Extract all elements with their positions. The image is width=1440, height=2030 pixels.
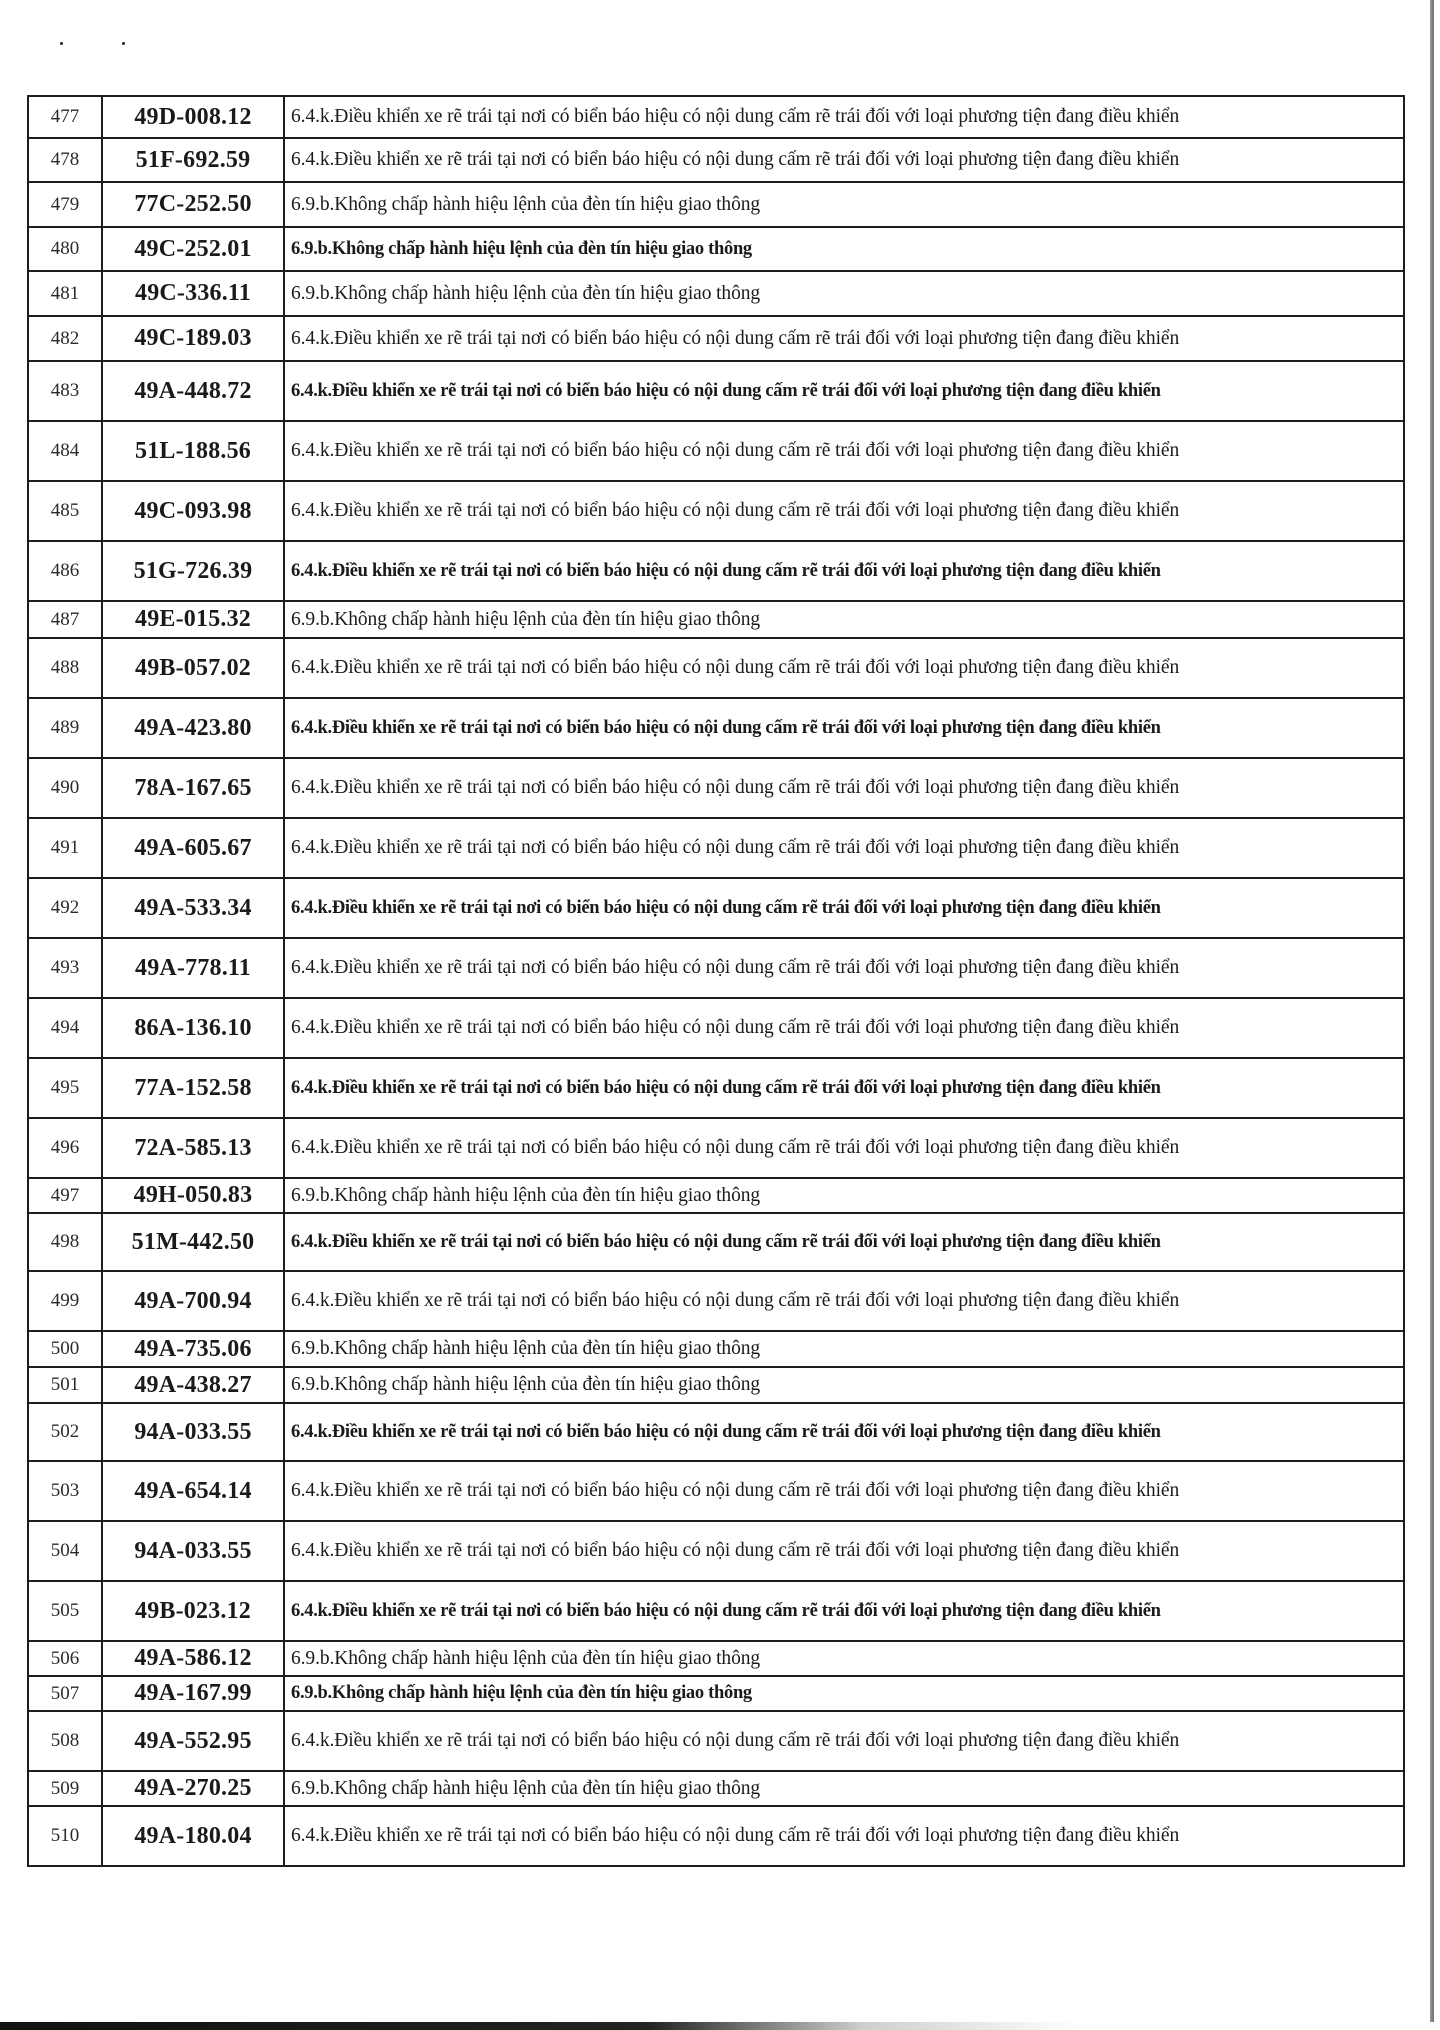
license-plate: 49A-448.72 [102, 361, 284, 421]
license-plate: 51L-188.56 [102, 421, 284, 481]
row-index: 485 [28, 481, 102, 541]
row-index: 488 [28, 638, 102, 698]
violation-description: 6.4.k.Điều khiển xe rẽ trái tại nơi có b… [284, 1118, 1404, 1178]
violation-description: 6.4.k.Điều khiển xe rẽ trái tại nơi có b… [284, 138, 1404, 182]
row-index: 478 [28, 138, 102, 182]
table-row: 50849A-552.956.4.k.Điều khiển xe rẽ trái… [28, 1711, 1404, 1771]
table-row: 49349A-778.116.4.k.Điều khiển xe rẽ trái… [28, 938, 1404, 998]
table-row: 51049A-180.046.4.k.Điều khiển xe rẽ trái… [28, 1806, 1404, 1866]
row-index: 491 [28, 818, 102, 878]
table-row: 48349A-448.726.4.k.Điều khiển xe rẽ trái… [28, 361, 1404, 421]
license-plate: 49C-093.98 [102, 481, 284, 541]
violation-description: 6.4.k.Điều khiển xe rẽ trái tại nơi có b… [284, 1403, 1404, 1461]
violation-description: 6.4.k.Điều khiển xe rẽ trái tại nơi có b… [284, 638, 1404, 698]
row-index: 502 [28, 1403, 102, 1461]
row-index: 482 [28, 316, 102, 361]
table-row: 48849B-057.026.4.k.Điều khiển xe rẽ trái… [28, 638, 1404, 698]
license-plate: 77A-152.58 [102, 1058, 284, 1118]
violation-description: 6.9.b.Không chấp hành hiệu lệnh của đèn … [284, 182, 1404, 227]
violation-description: 6.9.b.Không chấp hành hiệu lệnh của đèn … [284, 1771, 1404, 1806]
license-plate: 49A-700.94 [102, 1271, 284, 1331]
row-index: 498 [28, 1213, 102, 1271]
table-row: 50494A-033.556.4.k.Điều khiển xe rẽ trái… [28, 1521, 1404, 1581]
violation-description: 6.4.k.Điều khiển xe rẽ trái tại nơi có b… [284, 1213, 1404, 1271]
table-row: 48149C-336.116.9.b.Không chấp hành hiệu … [28, 271, 1404, 316]
row-index: 484 [28, 421, 102, 481]
row-index: 487 [28, 601, 102, 638]
license-plate: 78A-167.65 [102, 758, 284, 818]
row-index: 477 [28, 96, 102, 138]
table-row: 49749H-050.836.9.b.Không chấp hành hiệu … [28, 1178, 1404, 1213]
row-index: 505 [28, 1581, 102, 1641]
row-index: 495 [28, 1058, 102, 1118]
page-edge-shadow [1430, 0, 1434, 2030]
license-plate: 49E-015.32 [102, 601, 284, 638]
violation-description: 6.4.k.Điều khiển xe rẽ trái tại nơi có b… [284, 1271, 1404, 1331]
license-plate: 49C-252.01 [102, 227, 284, 271]
row-index: 501 [28, 1367, 102, 1403]
table-row: 47851F-692.596.4.k.Điều khiển xe rẽ trái… [28, 138, 1404, 182]
scan-artifact-dot [122, 42, 125, 45]
violation-description: 6.9.b.Không chấp hành hiệu lệnh của đèn … [284, 1676, 1404, 1711]
violation-description: 6.4.k.Điều khiển xe rẽ trái tại nơi có b… [284, 1711, 1404, 1771]
license-plate: 49A-552.95 [102, 1711, 284, 1771]
page-bottom-edge [0, 2022, 1440, 2030]
table-row: 50349A-654.146.4.k.Điều khiển xe rẽ trái… [28, 1461, 1404, 1521]
violation-description: 6.4.k.Điều khiển xe rẽ trái tại nơi có b… [284, 361, 1404, 421]
violation-description: 6.4.k.Điều khiển xe rẽ trái tại nơi có b… [284, 1581, 1404, 1641]
table-row: 47749D-008.126.4.k.Điều khiển xe rẽ trái… [28, 96, 1404, 138]
table-row: 50749A-167.996.9.b.Không chấp hành hiệu … [28, 1676, 1404, 1711]
row-index: 509 [28, 1771, 102, 1806]
table-row: 48249C-189.036.4.k.Điều khiển xe rẽ trái… [28, 316, 1404, 361]
row-index: 490 [28, 758, 102, 818]
license-plate: 49A-654.14 [102, 1461, 284, 1521]
violation-description: 6.4.k.Điều khiển xe rẽ trái tại nơi có b… [284, 758, 1404, 818]
license-plate: 49A-423.80 [102, 698, 284, 758]
violation-description: 6.9.b.Không chấp hành hiệu lệnh của đèn … [284, 1331, 1404, 1367]
table-row: 49149A-605.676.4.k.Điều khiển xe rẽ trái… [28, 818, 1404, 878]
license-plate: 94A-033.55 [102, 1521, 284, 1581]
license-plate: 49A-735.06 [102, 1331, 284, 1367]
license-plate: 72A-585.13 [102, 1118, 284, 1178]
table-row: 49672A-585.136.4.k.Điều khiển xe rẽ trái… [28, 1118, 1404, 1178]
violation-description: 6.4.k.Điều khiển xe rẽ trái tại nơi có b… [284, 698, 1404, 758]
row-index: 481 [28, 271, 102, 316]
violation-description: 6.4.k.Điều khiển xe rẽ trái tại nơi có b… [284, 96, 1404, 138]
violation-description: 6.4.k.Điều khiển xe rẽ trái tại nơi có b… [284, 998, 1404, 1058]
violation-description: 6.9.b.Không chấp hành hiệu lệnh của đèn … [284, 271, 1404, 316]
violation-description: 6.4.k.Điều khiển xe rẽ trái tại nơi có b… [284, 1058, 1404, 1118]
violation-description: 6.4.k.Điều khiển xe rẽ trái tại nơi có b… [284, 1521, 1404, 1581]
row-index: 503 [28, 1461, 102, 1521]
license-plate: 49C-189.03 [102, 316, 284, 361]
row-index: 493 [28, 938, 102, 998]
license-plate: 51M-442.50 [102, 1213, 284, 1271]
license-plate: 49A-167.99 [102, 1676, 284, 1711]
row-index: 497 [28, 1178, 102, 1213]
table-row: 48749E-015.326.9.b.Không chấp hành hiệu … [28, 601, 1404, 638]
license-plate: 49A-438.27 [102, 1367, 284, 1403]
table-row: 50294A-033.556.4.k.Điều khiển xe rẽ trái… [28, 1403, 1404, 1461]
table-row: 50949A-270.256.9.b.Không chấp hành hiệu … [28, 1771, 1404, 1806]
violation-description: 6.9.b.Không chấp hành hiệu lệnh của đèn … [284, 1178, 1404, 1213]
table-row: 48651G-726.396.4.k.Điều khiển xe rẽ trái… [28, 541, 1404, 601]
license-plate: 49A-778.11 [102, 938, 284, 998]
row-index: 483 [28, 361, 102, 421]
violation-description: 6.4.k.Điều khiển xe rẽ trái tại nơi có b… [284, 1461, 1404, 1521]
table-row: 50049A-735.066.9.b.Không chấp hành hiệu … [28, 1331, 1404, 1367]
license-plate: 49A-270.25 [102, 1771, 284, 1806]
table-row: 47977C-252.506.9.b.Không chấp hành hiệu … [28, 182, 1404, 227]
license-plate: 49A-533.34 [102, 878, 284, 938]
violation-description: 6.4.k.Điều khiển xe rẽ trái tại nơi có b… [284, 421, 1404, 481]
table-row: 48451L-188.566.4.k.Điều khiển xe rẽ trái… [28, 421, 1404, 481]
row-index: 508 [28, 1711, 102, 1771]
license-plate: 49A-180.04 [102, 1806, 284, 1866]
violations-table-body: 47749D-008.126.4.k.Điều khiển xe rẽ trái… [28, 96, 1404, 1866]
row-index: 494 [28, 998, 102, 1058]
license-plate: 51G-726.39 [102, 541, 284, 601]
row-index: 506 [28, 1641, 102, 1676]
table-row: 49486A-136.106.4.k.Điều khiển xe rẽ trái… [28, 998, 1404, 1058]
violation-description: 6.9.b.Không chấp hành hiệu lệnh của đèn … [284, 1641, 1404, 1676]
license-plate: 51F-692.59 [102, 138, 284, 182]
table-row: 48549C-093.986.4.k.Điều khiển xe rẽ trái… [28, 481, 1404, 541]
license-plate: 49C-336.11 [102, 271, 284, 316]
row-index: 492 [28, 878, 102, 938]
violation-description: 6.9.b.Không chấp hành hiệu lệnh của đèn … [284, 601, 1404, 638]
row-index: 480 [28, 227, 102, 271]
table-row: 50549B-023.126.4.k.Điều khiển xe rẽ trái… [28, 1581, 1404, 1641]
row-index: 510 [28, 1806, 102, 1866]
table-row: 49851M-442.506.4.k.Điều khiển xe rẽ trái… [28, 1213, 1404, 1271]
violation-description: 6.4.k.Điều khiển xe rẽ trái tại nơi có b… [284, 541, 1404, 601]
row-index: 504 [28, 1521, 102, 1581]
table-row: 48949A-423.806.4.k.Điều khiển xe rẽ trái… [28, 698, 1404, 758]
violation-description: 6.4.k.Điều khiển xe rẽ trái tại nơi có b… [284, 938, 1404, 998]
violation-description: 6.9.b.Không chấp hành hiệu lệnh của đèn … [284, 227, 1404, 271]
violation-description: 6.4.k.Điều khiển xe rẽ trái tại nơi có b… [284, 878, 1404, 938]
table-row: 48049C-252.016.9.b.Không chấp hành hiệu … [28, 227, 1404, 271]
table-row: 50649A-586.126.9.b.Không chấp hành hiệu … [28, 1641, 1404, 1676]
scan-artifact-dot [60, 42, 63, 45]
license-plate: 49B-023.12 [102, 1581, 284, 1641]
violation-description: 6.4.k.Điều khiển xe rẽ trái tại nơi có b… [284, 1806, 1404, 1866]
row-index: 500 [28, 1331, 102, 1367]
row-index: 479 [28, 182, 102, 227]
violation-description: 6.4.k.Điều khiển xe rẽ trái tại nơi có b… [284, 818, 1404, 878]
violations-table: 47749D-008.126.4.k.Điều khiển xe rẽ trái… [27, 95, 1405, 1867]
violation-description: 6.4.k.Điều khiển xe rẽ trái tại nơi có b… [284, 316, 1404, 361]
row-index: 499 [28, 1271, 102, 1331]
violation-description: 6.4.k.Điều khiển xe rẽ trái tại nơi có b… [284, 481, 1404, 541]
row-index: 486 [28, 541, 102, 601]
license-plate: 94A-033.55 [102, 1403, 284, 1461]
license-plate: 77C-252.50 [102, 182, 284, 227]
row-index: 489 [28, 698, 102, 758]
license-plate: 49A-586.12 [102, 1641, 284, 1676]
license-plate: 49H-050.83 [102, 1178, 284, 1213]
table-row: 49078A-167.656.4.k.Điều khiển xe rẽ trái… [28, 758, 1404, 818]
violation-description: 6.9.b.Không chấp hành hiệu lệnh của đèn … [284, 1367, 1404, 1403]
license-plate: 49B-057.02 [102, 638, 284, 698]
row-index: 496 [28, 1118, 102, 1178]
license-plate: 86A-136.10 [102, 998, 284, 1058]
table-row: 50149A-438.276.9.b.Không chấp hành hiệu … [28, 1367, 1404, 1403]
license-plate: 49A-605.67 [102, 818, 284, 878]
table-row: 49249A-533.346.4.k.Điều khiển xe rẽ trái… [28, 878, 1404, 938]
license-plate: 49D-008.12 [102, 96, 284, 138]
row-index: 507 [28, 1676, 102, 1711]
table-row: 49577A-152.586.4.k.Điều khiển xe rẽ trái… [28, 1058, 1404, 1118]
table-row: 49949A-700.946.4.k.Điều khiển xe rẽ trái… [28, 1271, 1404, 1331]
